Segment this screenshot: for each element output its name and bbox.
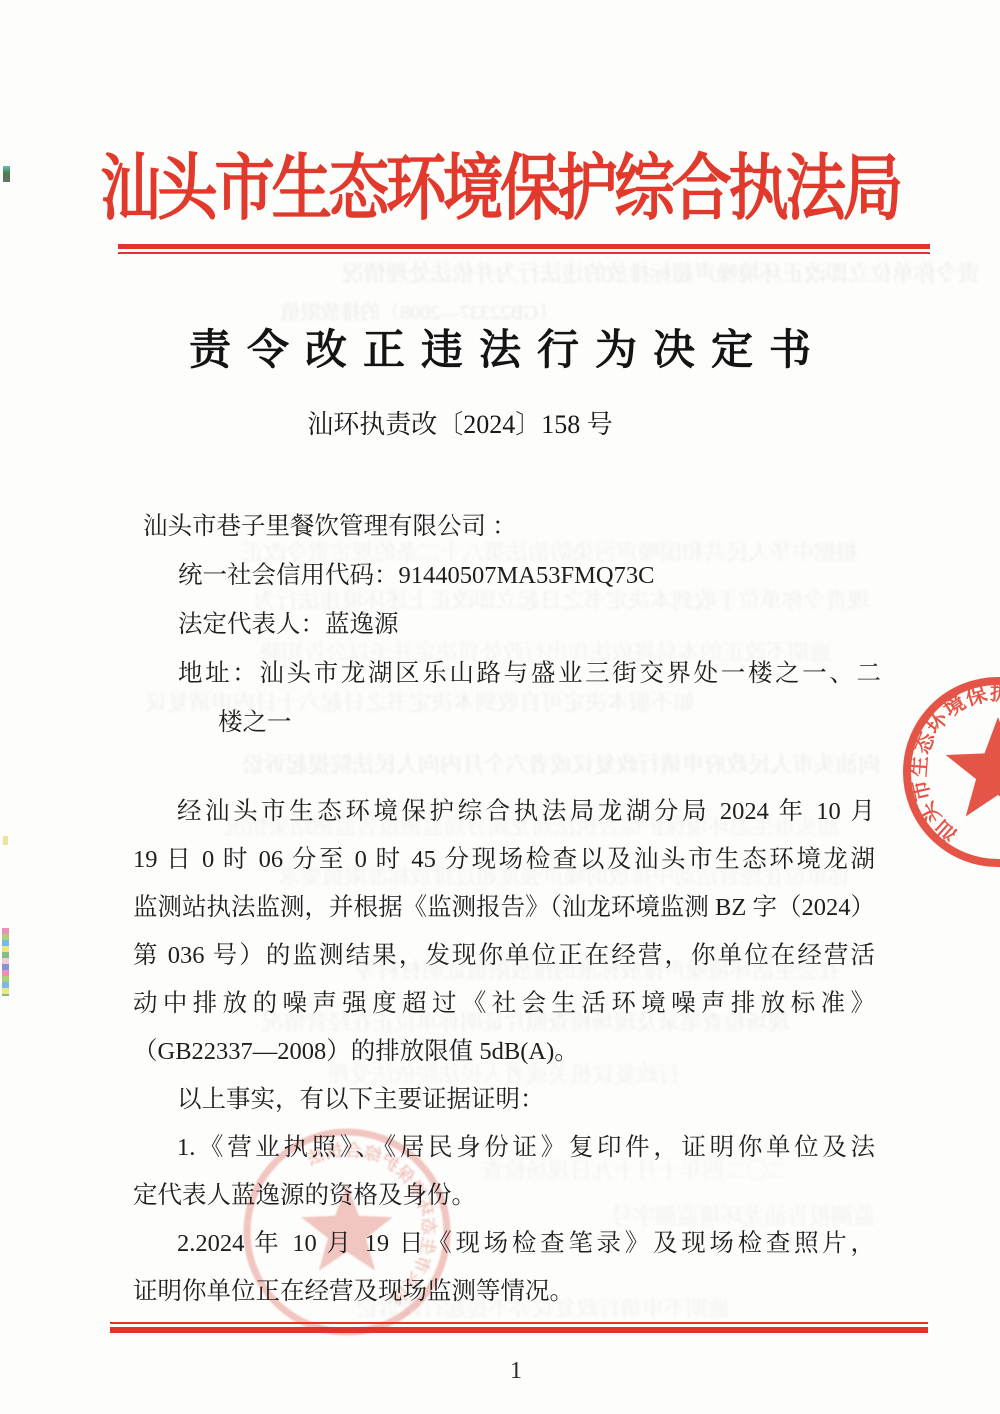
bleedthrough-text: 责令你单位立即改正环境噪声超标排放的违法行为并依法处理情况 xyxy=(150,261,980,289)
body-line: 2.2024 年 10 月 19 日《现场检查笔录》及现场检查照片， xyxy=(133,1220,875,1268)
body-line: 证明你单位正在经营及现场监测等情况。 xyxy=(133,1268,875,1316)
footer-rule-thick xyxy=(110,1327,928,1333)
body-line: 定代表人蓝逸源的资格及身份。 xyxy=(133,1172,875,1220)
letterhead-rule-thick xyxy=(118,244,930,249)
recipient-address-line1: 地址：汕头市龙湖区乐山路与盛业三街交界处一楼之一、二 xyxy=(133,649,881,698)
seal-star-icon xyxy=(946,717,1000,817)
body-line: 19 日 0 时 06 分至 0 时 45 分现场检查以及汕头市生态环境龙湖 xyxy=(133,836,875,884)
scan-artifact xyxy=(3,836,8,845)
recipient-legal-rep: 法定代表人：蓝逸源 xyxy=(133,600,881,649)
document-number: 汕环执责改〔2024〕158 号 xyxy=(0,409,960,441)
page-number: 1 xyxy=(16,1358,1000,1385)
recipient-address-line2: 楼之一 xyxy=(133,698,881,747)
body-line: 经汕头市生态环境保护综合执法局龙湖分局 2024 年 10 月 xyxy=(133,788,875,836)
body-line: 以上事实，有以下主要证据证明： xyxy=(133,1076,875,1124)
recipient-block: 汕头市巷子里餐饮管理有限公司 ： 统一社会信用代码：91440507MA53FM… xyxy=(133,502,881,747)
document-title: 责令改正违法行为决定书 xyxy=(0,326,1000,376)
bleedthrough-text: 向汕头市人民政府申请行政复议或者六个月内向人民法院提起诉讼 xyxy=(150,752,880,780)
recipient-company: 汕头市巷子里餐饮管理有限公司 ： xyxy=(133,502,881,551)
bleedthrough-text: （GB22337—2008）的排放限值 xyxy=(258,300,558,328)
body-line: 1.《营业执照》、《居民身份证》复印件，证明你单位及法 xyxy=(133,1124,875,1172)
letterhead-agency-name: 汕头市生态环境保护综合执法局 xyxy=(80,150,920,228)
body-line: （GB22337—2008）的排放限值 5dB(A)。 xyxy=(133,1028,875,1076)
letterhead-rule-thin xyxy=(118,252,930,254)
body-line: 第 036 号）的监测结果，发现你单位正在经营，你单位在经营活 xyxy=(133,932,875,980)
footer-rule-thin xyxy=(110,1322,928,1324)
document-page: 责令你单位立即改正环境噪声超标排放的违法行为并依法处理情况 （GB22337—2… xyxy=(0,0,1000,1414)
body-text: 经汕头市生态环境保护综合执法局龙湖分局 2024 年 10 月 19 日 0 时… xyxy=(133,788,875,1316)
official-seal: 汕头市生态环境保护综合执法局 xyxy=(893,665,1000,880)
body-line: 监测站执法监测，并根据《监测报告》（汕龙环境监测 BZ 字（2024） xyxy=(133,884,875,932)
scan-artifact xyxy=(3,166,10,182)
recipient-credit-code: 统一社会信用代码：91440507MA53FMQ73C xyxy=(133,551,881,600)
body-line: 动中排放的噪声强度超过《社会生活环境噪声排放标准》 xyxy=(133,980,875,1028)
scan-artifact xyxy=(2,928,9,996)
